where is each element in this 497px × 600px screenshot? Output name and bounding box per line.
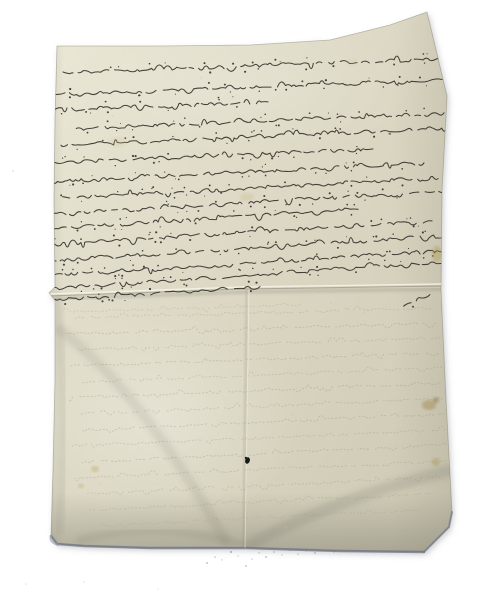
paper-sheet: [20, 0, 460, 600]
document-photo: Aged single-page Ottoman Turkish handwri…: [0, 0, 497, 600]
letter-photo-canvas: [0, 0, 497, 600]
